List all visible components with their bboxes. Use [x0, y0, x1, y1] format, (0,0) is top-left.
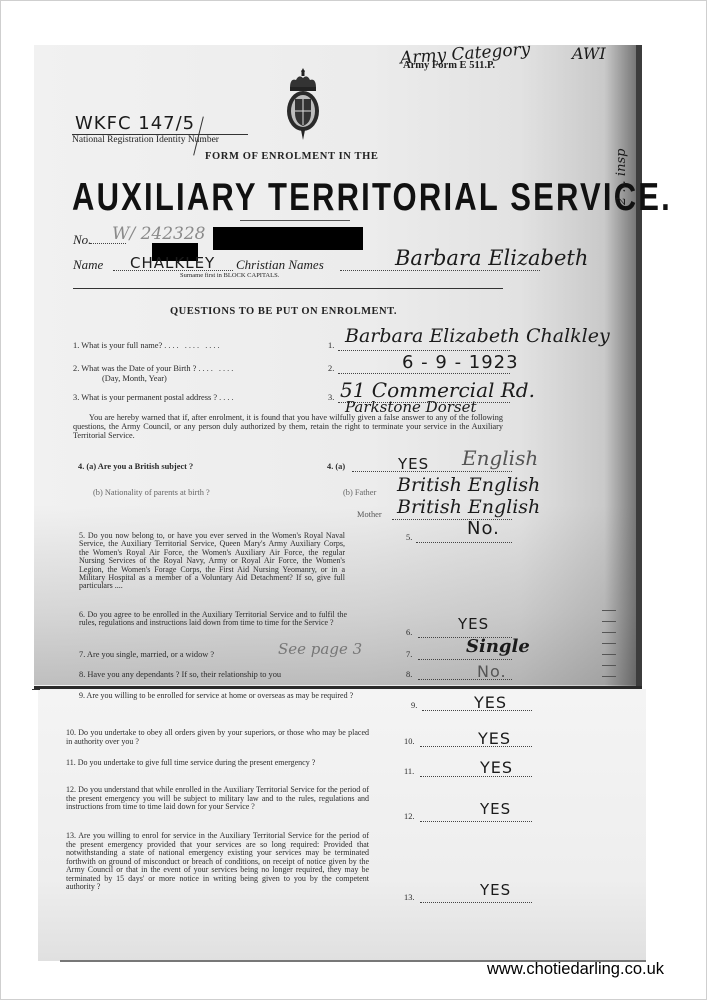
service-number-value: W/ 242328	[112, 224, 206, 244]
answer-number: 5.	[406, 533, 412, 542]
question-2: 2. What was the Date of your Birth ? ...…	[73, 364, 235, 374]
answer-5: No.	[467, 518, 500, 539]
page-title: AUXILIARY TERRITORIAL SERVICE.	[72, 175, 672, 220]
question-7-note: See page 3	[278, 640, 362, 658]
service-number-label: No.	[73, 232, 91, 248]
margin-mark	[32, 689, 40, 690]
answer-4a-nationality: English	[462, 446, 538, 470]
answer-line	[416, 542, 512, 543]
answer-line	[420, 821, 532, 822]
margin-annotation: 2 ... insp	[614, 149, 629, 205]
answer-1: Barbara Elizabeth Chalkley	[345, 325, 610, 347]
answer-number: 1.	[328, 341, 334, 350]
answer-number: 8.	[406, 670, 412, 679]
answer-line	[352, 471, 512, 472]
answer-number: 3.	[328, 393, 334, 402]
answer-10: YES	[478, 729, 511, 748]
divider	[73, 288, 503, 289]
question-11: 11. Do you undertake to give full time s…	[66, 758, 369, 767]
question-4a: 4. (a) Are you a British subject ?	[78, 462, 193, 472]
answer-number: 12.	[404, 812, 414, 821]
surname-value: CHALKLEY	[130, 254, 215, 272]
answer-number: (b) Father	[343, 488, 376, 497]
answer-6: YES	[458, 615, 489, 633]
christian-names-value: Barbara Elizabeth	[395, 246, 588, 270]
answer-line	[420, 746, 532, 747]
page-edge-shadow	[636, 45, 642, 687]
christian-names-line	[340, 270, 540, 271]
answer-9: YES	[474, 693, 507, 712]
answer-12: YES	[480, 800, 511, 818]
royal-crest-icon	[282, 66, 324, 144]
answer-4a: YES	[398, 455, 429, 473]
question-10: 10. Do you undertake to obey all orders …	[66, 728, 369, 746]
christian-names-label: Christian Names	[236, 257, 324, 273]
edge-tick-marks	[602, 610, 616, 687]
question-2-subtext: (Day, Month, Year)	[102, 374, 167, 384]
answer-number: 13.	[404, 893, 414, 902]
answer-line	[420, 776, 532, 777]
question-5: 5. Do you now belong to, or have you eve…	[79, 532, 345, 591]
army-form-number: Army Form E 511.P.	[403, 60, 495, 71]
national-registration-number: WKFC 147/5	[75, 113, 195, 134]
answer-2: 6 - 9 - 1923	[402, 352, 519, 373]
answer-number: 11.	[404, 767, 414, 776]
question-3: 3. What is your permanent postal address…	[73, 393, 236, 403]
national-registration-label: National Registration Identity Number	[72, 135, 219, 145]
answer-line	[418, 659, 512, 660]
question-7: 7. Are you single, married, or a widow ?	[79, 650, 214, 660]
form-subtitle: FORM OF ENROLMENT IN THE	[205, 151, 378, 162]
question-6: 6. Do you agree to be enrolled in the Au…	[79, 611, 347, 628]
answer-7: Single	[466, 636, 530, 657]
army-category-code: AWI	[572, 44, 606, 63]
answer-13: YES	[480, 881, 511, 899]
name-label: Name	[73, 257, 103, 273]
mother-label: Mother	[357, 510, 382, 519]
divider	[240, 220, 350, 221]
redaction-block	[213, 227, 363, 250]
surname-note: Surname first in BLOCK CAPITALS.	[180, 272, 279, 279]
answer-11: YES	[480, 758, 513, 777]
answer-line	[338, 373, 510, 374]
answer-number: 10.	[404, 737, 414, 746]
question-9: 9. Are you willing to be enrolled for se…	[79, 691, 369, 700]
answer-number: 7.	[406, 650, 412, 659]
question-13: 13. Are you willing to enrol for service…	[66, 832, 369, 892]
question-8: 8. Have you any dependants ? If so, thei…	[79, 670, 281, 680]
website-watermark: www.chotiedarling.co.uk	[487, 960, 664, 979]
answer-line	[420, 902, 532, 903]
answer-4b-mother: British English	[397, 496, 540, 518]
false-answer-warning: You are hereby warned that if, after enr…	[73, 413, 503, 440]
answer-8: No.	[477, 662, 507, 681]
answer-number: 2.	[328, 364, 334, 373]
question-1: 1. What is your full name? .... .... ...…	[73, 341, 222, 351]
question-4b: (b) Nationality of parents at birth ?	[93, 488, 210, 498]
answer-number: 9.	[411, 701, 417, 710]
question-12: 12. Do you understand that while enrolle…	[66, 786, 369, 812]
answer-4b-father: British English	[397, 474, 540, 496]
answer-number: 4. (a)	[327, 462, 345, 471]
section-title: QUESTIONS TO BE PUT ON ENROLMENT.	[170, 306, 397, 317]
answer-line	[338, 350, 510, 351]
answer-number: 6.	[406, 628, 412, 637]
